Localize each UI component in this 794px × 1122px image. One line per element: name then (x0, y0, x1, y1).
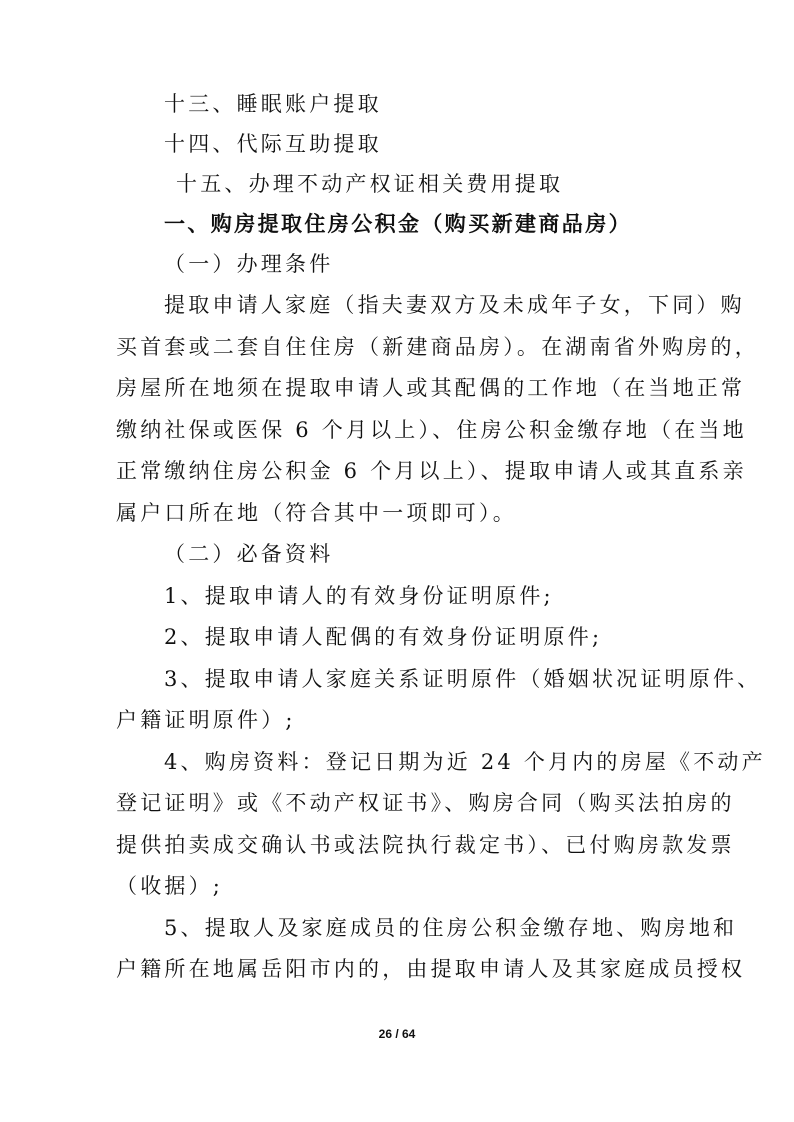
paragraph-line: 属户口所在地（符合其中一项即可）。 (116, 499, 686, 527)
paragraph-line: 买首套或二套自住住房（新建商品房）。在湖南省外购房的， (116, 333, 686, 361)
paragraph-line: 提取申请人家庭（指夫妻双方及未成年子女，下同）购 (116, 291, 734, 319)
list-item-continuation: 登记证明》或《不动产权证书》、购房合同（购买法拍房的 (116, 789, 686, 817)
list-item: 2、提取申请人配偶的有效身份证明原件; (116, 623, 734, 651)
subsection-heading-conditions: （一）办理条件 (116, 250, 734, 278)
list-item: 3、提取申请人家庭关系证明原件（婚姻状况证明原件、 (116, 665, 734, 693)
section-heading: 一、购房提取住房公积金（购买新建商品房） (116, 210, 734, 238)
list-item: 1、提取申请人的有效身份证明原件; (116, 582, 734, 610)
paragraph-line: 缴纳社保或医保 6 个月以上）、住房公积金缴存地（在当地 (116, 416, 686, 444)
list-item-continuation: （收据）; (116, 872, 686, 900)
paragraph-line: 房屋所在地须在提取申请人或其配偶的工作地（在当地正常 (116, 374, 686, 402)
paragraph-line: 正常缴纳住房公积金 6 个月以上）、提取申请人或其直系亲 (116, 457, 686, 485)
list-item: 5、提取人及家庭成员的住房公积金缴存地、购房地和 (116, 914, 734, 942)
subsection-heading-materials: （二）必备资料 (116, 540, 734, 568)
outline-item-13: 十三、睡眠账户提取 (116, 90, 734, 118)
list-item: 4、购房资料：登记日期为近 24 个月内的房屋《不动产 (116, 748, 734, 776)
list-item-continuation: 户籍所在地属岳阳市内的，由提取申请人及其家庭成员授权 (116, 955, 686, 983)
page-number: 26 / 64 (0, 1027, 794, 1041)
list-item-continuation: 提供拍卖成交确认书或法院执行裁定书）、已付购房款发票 (116, 831, 686, 859)
list-item-continuation: 户籍证明原件）; (116, 706, 686, 734)
outline-item-14: 十四、代际互助提取 (116, 130, 734, 158)
outline-item-15: 十五、办理不动产权证相关费用提取 (116, 170, 746, 198)
